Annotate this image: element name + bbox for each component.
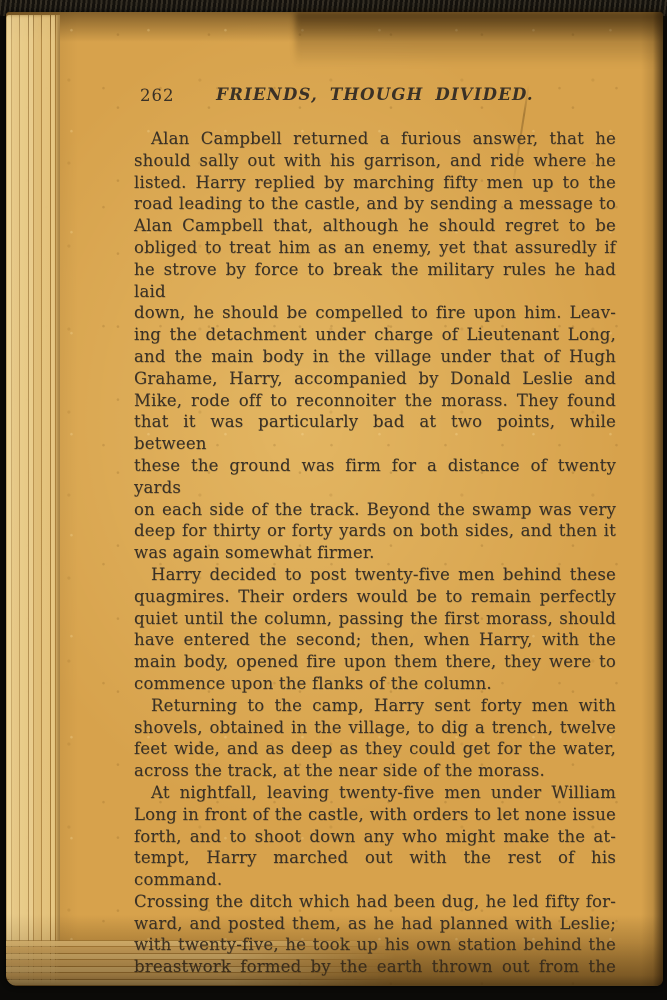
running-header: FRIENDS, THOUGH DIVIDED. bbox=[134, 85, 616, 104]
page-header: 262 FRIENDS, THOUGH DIVIDED. bbox=[134, 85, 616, 105]
text-line: deep for thirty or forty yards on both s… bbox=[134, 520, 616, 542]
text-line: commence upon the flanks of the column. bbox=[134, 673, 616, 695]
text-line: should sally out with his garrison, and … bbox=[134, 150, 616, 172]
text-line: Long in front of the castle, with orders… bbox=[134, 804, 616, 826]
page-right-shadow bbox=[653, 12, 663, 986]
text-line: quagmires. Their orders would be to rema… bbox=[134, 586, 616, 608]
body-text: Alan Campbell returned a furious answer,… bbox=[134, 128, 616, 978]
text-line: was again somewhat firmer. bbox=[134, 542, 616, 564]
text-line: have entered the second; then, when Harr… bbox=[134, 629, 616, 651]
paragraph: Harry decided to post twenty-five men be… bbox=[134, 564, 616, 695]
text-line: listed. Harry replied by marching fifty … bbox=[134, 172, 616, 194]
text-line: At nightfall, leaving twenty-five men un… bbox=[134, 782, 616, 804]
page-stack-left-edges bbox=[6, 15, 60, 983]
text-line: Alan Campbell that, although he should r… bbox=[134, 215, 616, 237]
text-line: Harry decided to post twenty-five men be… bbox=[134, 564, 616, 586]
text-line: down, he should be compelled to fire upo… bbox=[134, 302, 616, 324]
text-line: tempt, Harry marched out with the rest o… bbox=[134, 847, 616, 891]
paragraph: Alan Campbell returned a furious answer,… bbox=[134, 128, 616, 564]
text-line: he strove by force to break the military… bbox=[134, 259, 616, 303]
text-line: on each side of the track. Beyond the sw… bbox=[134, 499, 616, 521]
text-line: quiet until the column, passing the firs… bbox=[134, 608, 616, 630]
text-line: feet wide, and as deep as they could get… bbox=[134, 738, 616, 760]
text-line: Crossing the ditch which had been dug, h… bbox=[134, 891, 616, 913]
page-top-shadow bbox=[295, 12, 663, 66]
text-line: Grahame, Harry, accompanied by Donald Le… bbox=[134, 368, 616, 390]
book-page: 262 FRIENDS, THOUGH DIVIDED. Alan Campbe… bbox=[6, 12, 663, 986]
paragraph: Returning to the camp, Harry sent forty … bbox=[134, 695, 616, 782]
text-line: Alan Campbell returned a furious answer,… bbox=[134, 128, 616, 150]
text-line: and the main body in the village under t… bbox=[134, 346, 616, 368]
text-line: across the track, at the near side of th… bbox=[134, 760, 616, 782]
text-line: obliged to treat him as an enemy, yet th… bbox=[134, 237, 616, 259]
text-line: Returning to the camp, Harry sent forty … bbox=[134, 695, 616, 717]
text-line: these the ground was firm for a distance… bbox=[134, 455, 616, 499]
scanned-book-photo: 262 FRIENDS, THOUGH DIVIDED. Alan Campbe… bbox=[0, 0, 667, 1000]
text-line: main body, opened fire upon them there, … bbox=[134, 651, 616, 673]
text-line: ing the detachment under charge of Lieut… bbox=[134, 324, 616, 346]
printed-content: 262 FRIENDS, THOUGH DIVIDED. Alan Campbe… bbox=[134, 85, 616, 978]
text-line: forth, and to shoot down any who might m… bbox=[134, 826, 616, 848]
text-line: shovels, obtained in the village, to dig… bbox=[134, 717, 616, 739]
text-line: road leading to the castle, and by sendi… bbox=[134, 193, 616, 215]
text-line: that it was particularly bad at two poin… bbox=[134, 411, 616, 455]
page-bottom-shadow bbox=[6, 914, 663, 986]
page-number: 262 bbox=[140, 86, 175, 105]
text-line: Mike, rode off to reconnoiter the morass… bbox=[134, 390, 616, 412]
